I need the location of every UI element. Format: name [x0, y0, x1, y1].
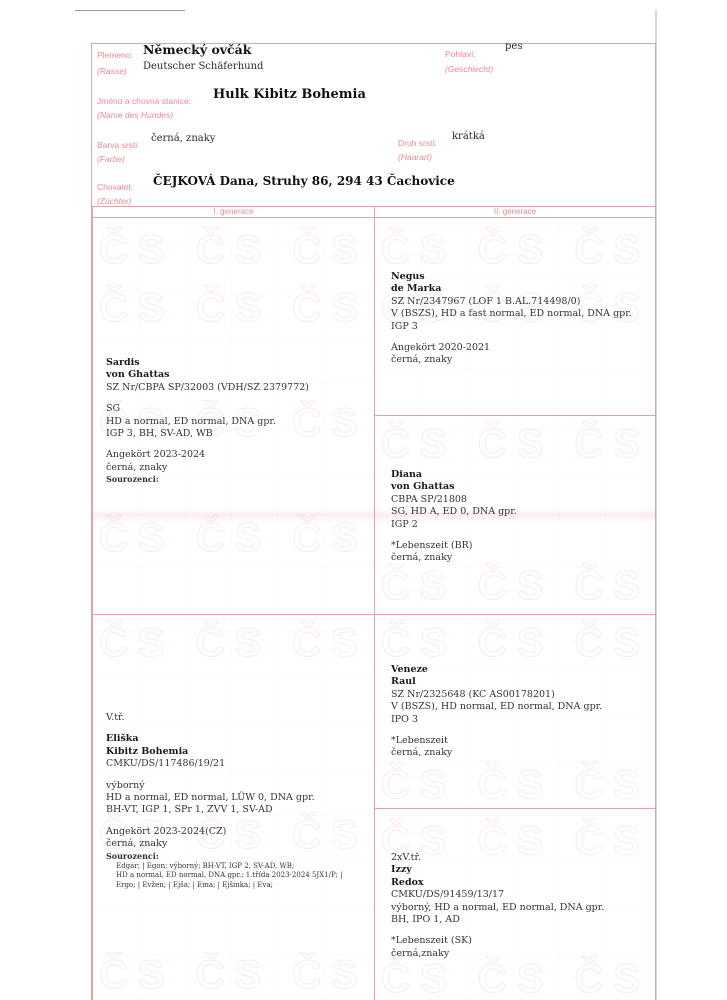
sire-siblings-label: Sourozenci: — [106, 474, 309, 485]
watermark: ČS ČS ČS — [99, 288, 368, 328]
name-label-de: (Name des Hundes) — [97, 111, 173, 120]
dam-sire-color: černá, znaky — [391, 747, 602, 759]
dam-rating: výborný — [106, 780, 342, 792]
dam-dam-class: 2xV.tř. — [391, 852, 604, 864]
paper-fold — [92, 508, 655, 522]
sire-sire-health: V (BSZS), HD a fast normal, ED normal, D… — [391, 308, 632, 320]
dam-sibling-line: Edgar; | Egon; výborný; BH-VT, IGP 2, SV… — [106, 862, 342, 872]
color-label-de: (Farbe) — [97, 155, 125, 164]
dam-siblings-label: Sourozenci: — [106, 851, 342, 862]
coat-value: krátká — [452, 132, 485, 142]
dam-name: Eliška — [106, 733, 342, 745]
coat-label: Druh srsti: — [398, 139, 437, 148]
dam-sibling-line: Ergo; | Evžen; | Ejša; | Ema; | Ejšinka;… — [106, 881, 342, 891]
dam-dam-reg: CMKU/DS/91459/13/17 — [391, 889, 604, 901]
sire-dam-entry: Diana von Ghattas CBPA SP/21808 SG, HD A… — [391, 469, 517, 565]
watermark: ČS ČS ČS — [381, 424, 650, 464]
dam-dam-koer: *Lebenszeit (SK) — [391, 935, 604, 947]
dam-sire-titles: IPO 3 — [391, 714, 602, 726]
dam-dam-color: černá,znaky — [391, 948, 604, 960]
sire-kennel: von Ghattas — [106, 369, 309, 381]
sire-titles: IGP 3, BH, SV-AD, WB — [106, 428, 309, 440]
dam-sire-health: V (BSZS), HD normal, ED normal, DNA gpr. — [391, 701, 602, 713]
sire-sire-kennel: de Marka — [391, 283, 632, 295]
dam-entry: V.tř. Eliška Kibitz Bohemia CMKU/DS/1174… — [106, 712, 342, 890]
watermark: ČS ČS ČS — [381, 623, 650, 663]
dam-koer: Angekört 2023-2024(CZ) — [106, 826, 342, 838]
dam-titles: BH-VT, IGP 1, SPr 1, ZVV 1, SV-AD — [106, 804, 342, 816]
watermark: ČS ČS ČS — [99, 518, 368, 558]
dam-kennel: Kibitz Bohemia — [106, 746, 342, 758]
sire-dam-titles: IGP 2 — [391, 519, 517, 531]
sire-name: Sardis — [106, 357, 309, 369]
dam-health: HD a normal, ED normal, LÜW 0, DNA gpr. — [106, 792, 342, 804]
coat-label-de: (Haarart) — [398, 153, 432, 162]
color-label: Barva srsti: — [97, 141, 140, 150]
sire-rating: SG — [106, 403, 309, 415]
breed-label-de: (Rasse) — [97, 67, 127, 76]
sire-sire-reg: SZ Nr/2347967 (LOF 1 B.AL.714498/0) — [391, 296, 632, 308]
dog-name-value: Hulk Kibitz Bohemia — [213, 88, 366, 101]
sire-health: HD a normal, ED normal, DNA gpr. — [106, 416, 309, 428]
dam-sire-entry: Veneze Raul SZ Nr/2325648 (KC AS00178201… — [391, 664, 602, 760]
sire-koer: Angekört 2023-2024 — [106, 449, 309, 461]
sire-reg: SZ Nr/CBPA SP/32003 (VDH/SZ 2379772) — [106, 382, 309, 394]
sire-sire-color: černá, znaky — [391, 354, 632, 366]
breed-label: Plemeno: — [97, 51, 133, 60]
watermark: ČS ČS ČS — [381, 959, 650, 999]
paper-edge — [75, 10, 185, 11]
dam-dam-titles: BH, IPO 1, AD — [391, 914, 604, 926]
breed-value: Německý ovčák — [143, 44, 251, 57]
sire-color: černá, znaky — [106, 462, 309, 474]
watermark: ČS ČS ČS — [99, 623, 368, 663]
sex-label: Pohlaví: — [445, 50, 476, 59]
sex-value: pes — [505, 42, 522, 52]
watermark: ČS ČS ČS — [381, 230, 650, 270]
sire-dam-color: černá, znaky — [391, 552, 517, 564]
color-value: černá, znaky — [151, 134, 215, 144]
dam-class: V.tř. — [106, 712, 342, 724]
sire-sire-entry: Negus de Marka SZ Nr/2347967 (LOF 1 B.AL… — [391, 271, 632, 367]
dam-sire-koer: *Lebenszeit — [391, 735, 602, 747]
watermark: ČS ČS ČS — [99, 955, 368, 995]
dam-dam-health: výborný, HD a normal, ED normal, DNA gpr… — [391, 902, 604, 914]
sire-dam-kennel: von Ghattas — [391, 481, 517, 493]
dam-sire-kennel: Raul — [391, 676, 602, 688]
breeder-label: Chovatel: — [97, 183, 133, 192]
sire-dam-reg: CBPA SP/21808 — [391, 494, 517, 506]
sire-dam-health: SG, HD A, ED 0, DNA gpr. — [391, 506, 517, 518]
breeder-label-de: (Züchter) — [97, 197, 131, 206]
dam-sire-name: Veneze — [391, 664, 602, 676]
sex-label-de: (Geschlecht) — [445, 65, 493, 74]
dam-sibling-line: HD a normal, ED normal, DNA gpr.; 1.tříd… — [106, 871, 342, 881]
dam-dam-name: Izzy — [391, 864, 604, 876]
sire-sire-titles: IGP 3 — [391, 321, 632, 333]
dam-sire-reg: SZ Nr/2325648 (KC AS00178201) — [391, 689, 602, 701]
watermark: ČS ČS ČS — [99, 230, 368, 270]
breeder-value: ČEJKOVÁ Dana, Struhy 86, 294 43 Čachovic… — [153, 175, 455, 187]
dam-dam-entry: 2xV.tř. Izzy Redox CMKU/DS/91459/13/17 v… — [391, 852, 604, 960]
sire-entry: Sardis von Ghattas SZ Nr/CBPA SP/32003 (… — [106, 357, 309, 485]
sire-sire-koer: Angekört 2020-2021 — [391, 342, 632, 354]
watermark: ČS ČS ČS — [381, 566, 650, 606]
dam-reg: CMKU/DS/117486/19/21 — [106, 758, 342, 770]
name-label: Jméno a chovná stanice: — [97, 97, 191, 106]
breed-value-de: Deutscher Schäferhund — [143, 62, 263, 72]
watermark: ČS ČS ČS — [381, 765, 650, 805]
dam-dam-kennel: Redox — [391, 877, 604, 889]
dam-color: černá, znaky — [106, 838, 342, 850]
sire-dam-koer: *Lebenszeit (BR) — [391, 540, 517, 552]
sire-dam-name: Diana — [391, 469, 517, 481]
sire-sire-name: Negus — [391, 271, 632, 283]
